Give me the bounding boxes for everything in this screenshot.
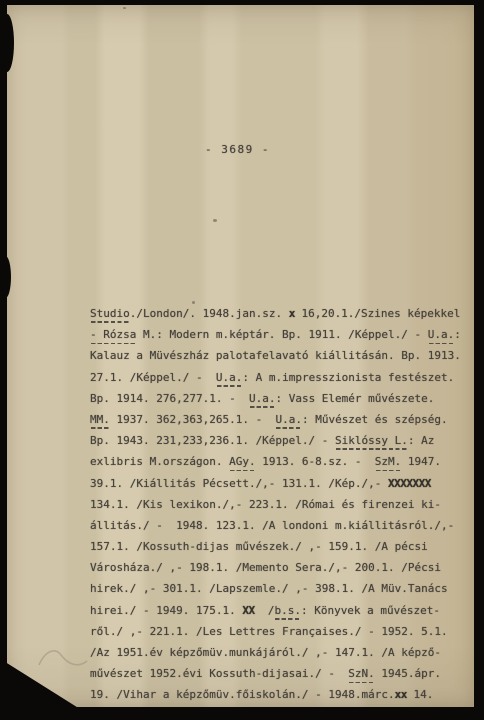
typed-text: : A m.impresszionista festészet. <box>242 371 454 384</box>
typed-text: 1947. <box>401 455 441 468</box>
typed-line: hirei./ - 1949. 175.1. XX /b.s.: Könyvek… <box>90 600 474 621</box>
underlined-text: U.a. <box>216 371 243 384</box>
typed-line: /Az 1951.év képzőmüv.munkájáról./ ,- 147… <box>90 642 474 663</box>
typed-text: 16,20.1./Szines képekkel <box>295 307 461 320</box>
typed-line: MM. 1937. 362,363,265.1. - U.a.: Művésze… <box>90 409 474 430</box>
scan-edge-artifact <box>0 14 14 72</box>
typed-line: 134.1. /Kis lexikon./,- 223.1. /Római és… <box>90 494 474 515</box>
typed-line: 19. /Vihar a képzőmüv.főiskolán./ - 1948… <box>90 684 474 705</box>
typed-line: 39.1. /Kiállitás Pécsett./,- 131.1. /Kép… <box>90 473 474 494</box>
typed-text: 27.1. /Képpel./ - <box>90 371 216 384</box>
typed-text: M.: Modern m.képtár. Bp. 1911. /Képpel./… <box>136 328 427 341</box>
typed-line: állitás./ - 1948. 123.1. /A londoni m.ki… <box>90 515 474 536</box>
typed-text: 134.1. /Kis lexikon./,- 223.1. /Római és… <box>90 498 441 511</box>
typed-line: 157.1. /Kossuth-dijas művészek./ ,- 159.… <box>90 536 474 557</box>
typed-text: exlibris M.országon. <box>90 455 229 468</box>
typed-text: állitás./ - 1948. 123.1. /A londoni m.ki… <box>90 519 454 532</box>
underlined-text: b.s. <box>274 604 301 617</box>
typed-line: Bp. 1914. 276,277.1. - U.a.: Vass Elemér… <box>90 388 474 409</box>
typed-text: ről./ ,- 221.1. /Les Lettres Françaises.… <box>90 625 448 638</box>
typed-line: Studio./London/. 1948.jan.sz. x 16,20.1.… <box>90 303 474 324</box>
underlined-text: U.a. <box>249 392 276 405</box>
typed-text: Bp. 1943. 231,233,236.1. /Képpel./ - <box>90 434 335 447</box>
typed-text: hirek./ ,- 301.1. /Lapszemle./ ,- 398.1.… <box>90 582 448 595</box>
typed-text: 157.1. /Kossuth-dijas művészek./ ,- 159.… <box>90 540 428 553</box>
typed-text: Bp. 1914. 276,277.1. - <box>90 392 249 405</box>
struck-text: xx <box>395 688 407 701</box>
typed-text: 19. /Vihar a képzőmüv.főiskolán./ - 1948… <box>90 688 395 701</box>
typed-text: : Művészet és szépség. <box>302 413 448 426</box>
typed-text: ./London/. 1948.jan.sz. <box>130 307 289 320</box>
page-number: - 3689 - <box>205 143 270 156</box>
typed-text: 1937. 362,363,265.1. - <box>110 413 276 426</box>
typed-text: /Az 1951.év képzőmüv.munkájáról./ ,- 147… <box>90 646 441 659</box>
typed-text: : <box>454 328 461 341</box>
typed-text: 39.1. /Kiállitás Pécsett./,- 131.1. /Kép… <box>90 477 388 490</box>
struck-text: XX <box>242 604 254 617</box>
underlined-text: Siklóssy L. <box>335 434 408 447</box>
underlined-text: Studio <box>90 307 130 320</box>
paper-speck <box>213 219 217 222</box>
underlined-text: AGy. <box>229 455 256 468</box>
typed-text: Kalauz a Müvészház palotafelavató kiálli… <box>90 349 461 362</box>
scan-edge-artifact <box>0 256 11 298</box>
paper-speck <box>123 7 126 9</box>
typed-text: / <box>255 604 275 617</box>
typed-text: 14. <box>407 688 434 701</box>
typed-text: Városháza./ ,- 198.1. /Memento Sera./,- … <box>90 561 441 574</box>
typed-line: hirek./ ,- 301.1. /Lapszemle./ ,- 398.1.… <box>90 578 474 599</box>
underlined-text: U.a. <box>275 413 302 426</box>
paper-speck <box>192 301 195 304</box>
pencil-mark <box>33 639 97 679</box>
typed-line: Városháza./ ,- 198.1. /Memento Sera./,- … <box>90 557 474 578</box>
typed-line: Kalauz a Müvészház palotafelavató kiálli… <box>90 345 474 366</box>
typed-text: hirei./ - 1949. 175.1. <box>90 604 242 617</box>
typed-text: művészet 1952.évi Kossuth-dijasai./ - <box>90 667 348 680</box>
scanned-paper-page: - 3689 - Studio./London/. 1948.jan.sz. x… <box>7 5 474 707</box>
typed-text: : Vass Elemér művészete. <box>275 392 434 405</box>
typed-line: exlibris M.országon. AGy. 1913. 6-8.sz. … <box>90 451 474 472</box>
underlined-text: SzM. <box>375 455 402 468</box>
underlined-text: U.a. <box>428 328 455 341</box>
typed-line: művészet 1952.évi Kossuth-dijasai./ - Sz… <box>90 663 474 684</box>
typed-text: 1945.ápr. <box>375 667 441 680</box>
underlined-text: SzN. <box>348 667 375 680</box>
typed-text: 1913. 6-8.sz. - <box>256 455 375 468</box>
underlined-text: - Rózsa <box>90 328 136 341</box>
typed-line: Bp. 1943. 231,233,236.1. /Képpel./ - Sik… <box>90 430 474 451</box>
typed-line: 27.1. /Képpel./ - U.a.: A m.impresszioni… <box>90 367 474 388</box>
typed-line: ről./ ,- 221.1. /Les Lettres Françaises.… <box>90 621 474 642</box>
typed-text: : Az <box>408 434 435 447</box>
underlined-text: MM. <box>90 413 110 426</box>
typed-line: - Rózsa M.: Modern m.képtár. Bp. 1911. /… <box>90 324 474 345</box>
typed-text-block: Studio./London/. 1948.jan.sz. x 16,20.1.… <box>90 303 474 706</box>
struck-text: XXXXXXX <box>388 477 431 490</box>
typed-text: : Könyvek a művészet- <box>301 604 440 617</box>
